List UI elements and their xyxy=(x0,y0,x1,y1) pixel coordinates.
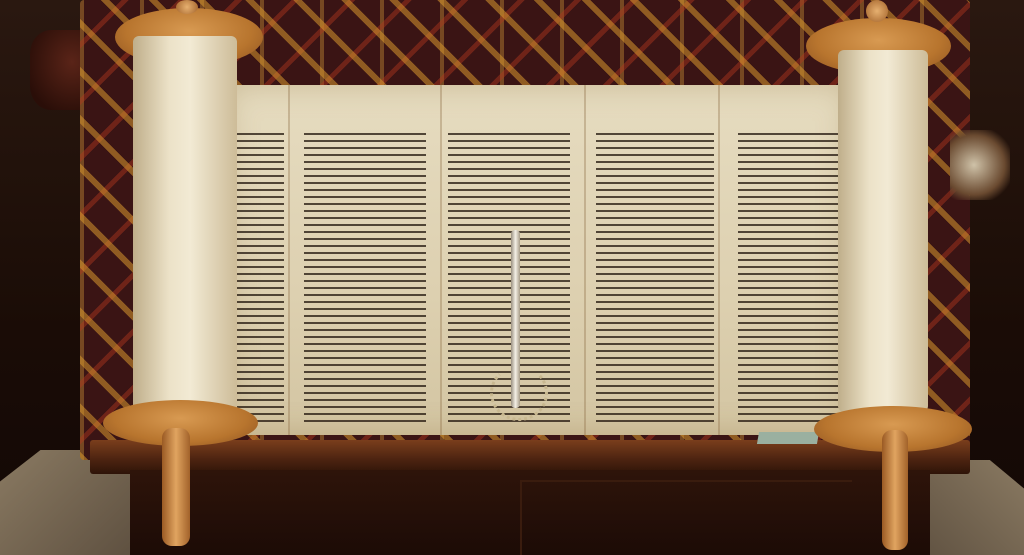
parchment-seam xyxy=(440,85,442,435)
parchment-seam xyxy=(718,85,720,435)
text-column-5 xyxy=(738,133,842,423)
right-roller-top-knob xyxy=(866,0,888,22)
carpet-fringe-right xyxy=(950,130,1010,200)
text-column-4 xyxy=(596,133,714,423)
label-tag xyxy=(757,432,819,444)
text-column-2 xyxy=(304,133,426,423)
left-roller-handle xyxy=(162,428,190,546)
right-roller-handle xyxy=(882,430,908,550)
left-scroll-roll xyxy=(133,36,237,414)
left-roller-top-knob xyxy=(176,0,198,14)
text-column-1 xyxy=(232,133,284,423)
right-scroll-roll xyxy=(838,50,928,412)
table-panel xyxy=(520,480,852,555)
parchment-seam xyxy=(288,85,290,435)
parchment-seam xyxy=(584,85,586,435)
yad-chain xyxy=(490,365,548,421)
